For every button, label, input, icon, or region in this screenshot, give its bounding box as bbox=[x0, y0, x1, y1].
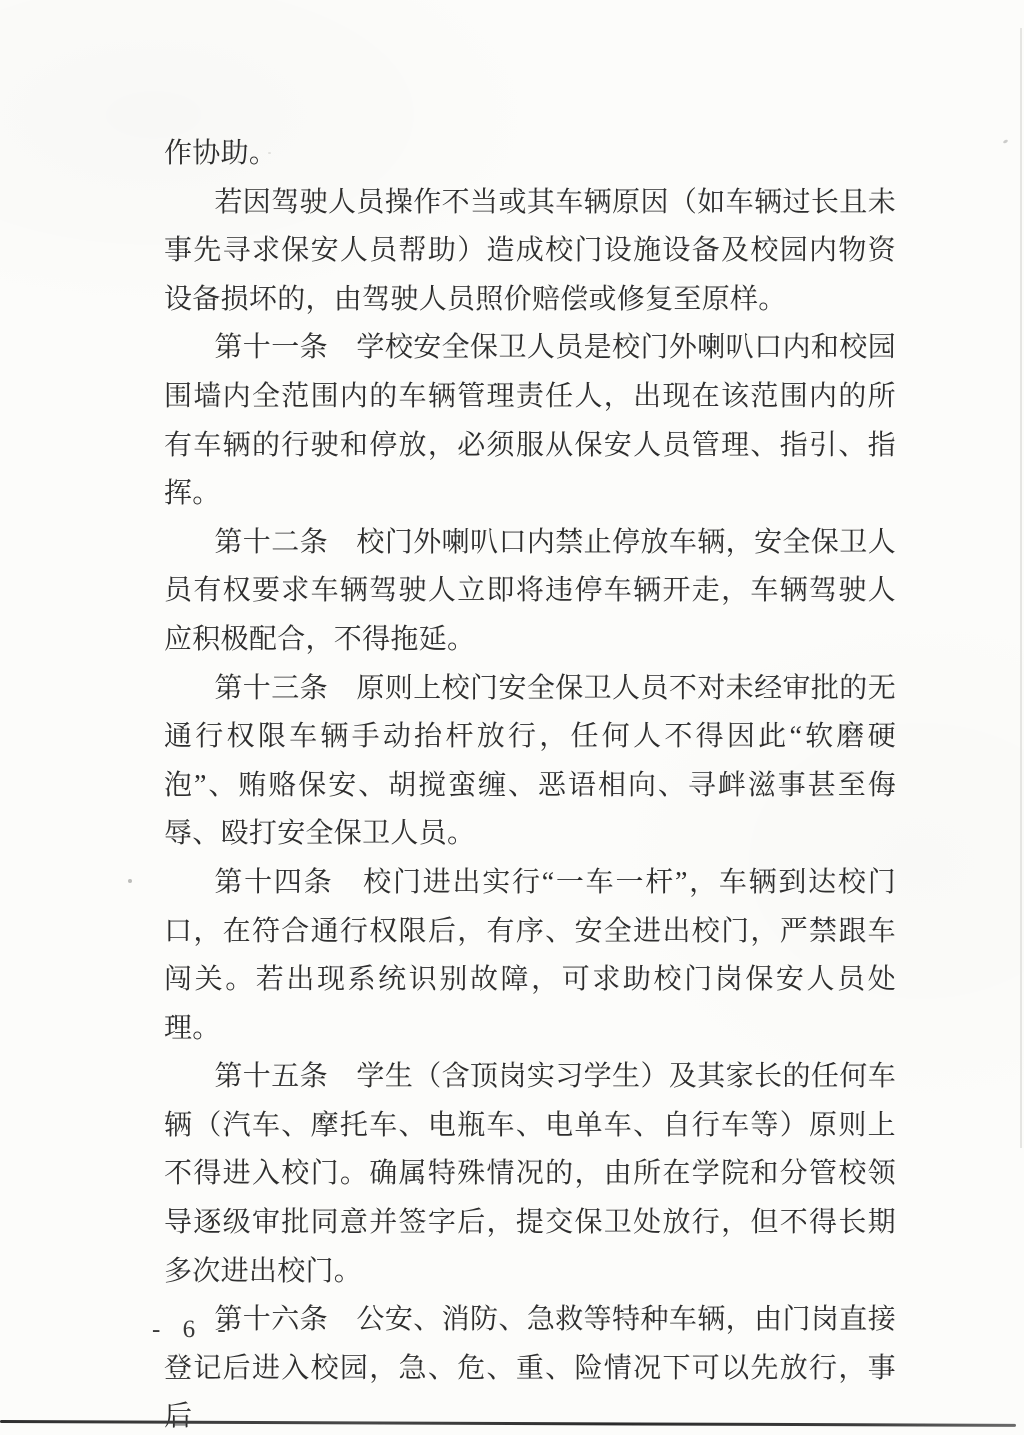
document-body: 作协助。 若因驾驶人员操作不当或其车辆原因（如车辆过长且未事先寻求保安人员帮助）… bbox=[164, 130, 896, 1435]
page-number: - 6 - bbox=[152, 1316, 234, 1344]
paragraph-article-16: 第十六条 公安、消防、急救等特种车辆，由门岗直接登记后进入校园，急、危、重、险情… bbox=[164, 1296, 896, 1435]
scan-artifact bbox=[268, 152, 271, 154]
paragraph-article-14: 第十四条 校门进出实行“一车一杆”，车辆到达校门口，在符合通行权限后，有序、安全… bbox=[164, 859, 896, 1053]
paragraph-article-13: 第十三条 原则上校门安全保卫人员不对未经审批的无通行权限车辆手动抬杆放行，任何人… bbox=[164, 665, 896, 859]
paragraph-article-12: 第十二条 校门外喇叭口内禁止停放车辆，安全保卫人员有权要求车辆驾驶人立即将违停车… bbox=[164, 519, 896, 665]
scan-artifact bbox=[128, 879, 132, 883]
paragraph-article-11: 第十一条 学校安全保卫人员是校门外喇叭口内和校园围墙内全范围内的车辆管理责任人，… bbox=[164, 324, 896, 518]
paragraph-driver-liability: 若因驾驶人员操作不当或其车辆原因（如车辆过长且未事先寻求保安人员帮助）造成校门设… bbox=[164, 179, 896, 325]
paragraph-continuation: 作协助。 bbox=[164, 130, 896, 179]
paragraph-article-15: 第十五条 学生（含顶岗实习学生）及其家长的任何车辆（汽车、摩托车、电瓶车、电单车… bbox=[164, 1053, 896, 1296]
scan-edge-right bbox=[1020, 28, 1022, 1148]
